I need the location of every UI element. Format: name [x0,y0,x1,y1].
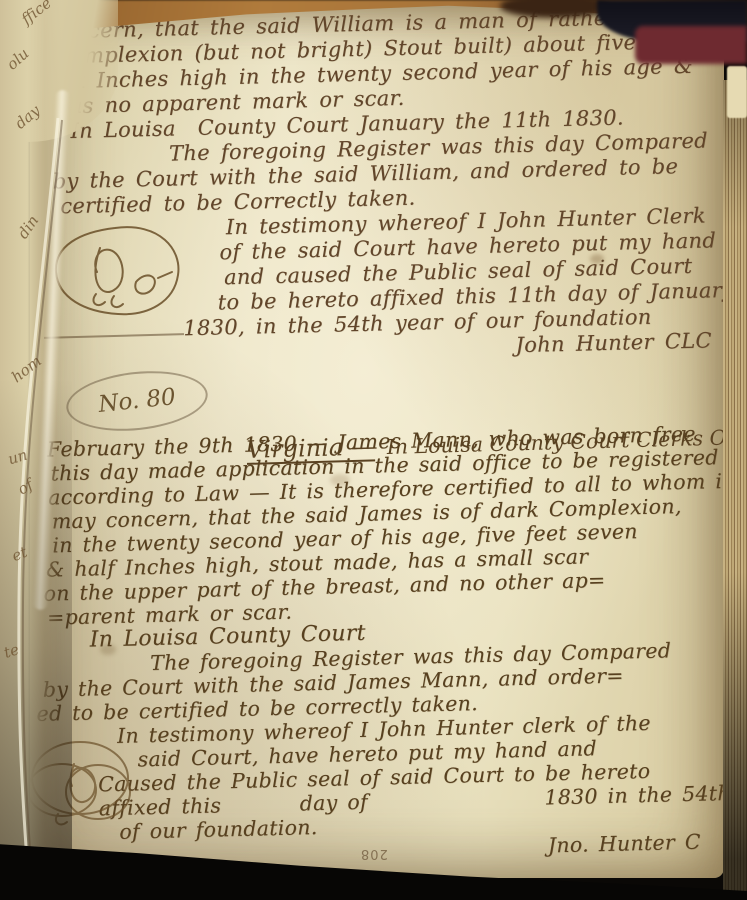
pencil-page-number: 208 [360,846,388,861]
entry-number-label: No. 80 [97,384,177,418]
entry-number-oval: No. 80 [63,365,210,438]
page-stack-fore-edge [723,80,747,900]
photograph-of-register-book: cern, that the said William is a man of … [0,0,747,900]
register-page: cern, that the said William is a man of … [30,4,724,878]
book-cover-edge [635,26,747,64]
gutter-crease-line [0,0,80,880]
loose-sheet-edge [727,66,747,118]
